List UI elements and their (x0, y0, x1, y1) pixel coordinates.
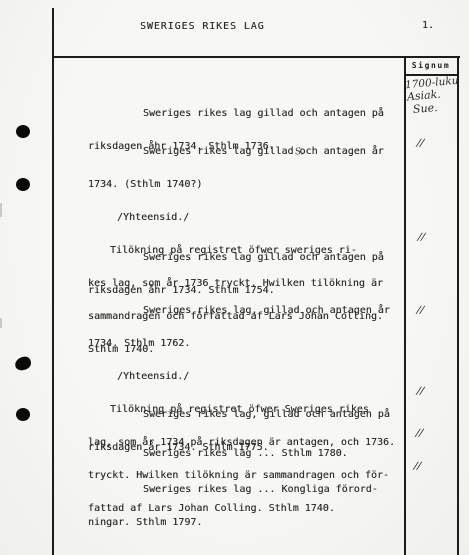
scan-edge-smudge (0, 203, 2, 217)
entry-line: 1734. Sthlm 1762. (88, 338, 418, 349)
entry-line: Sweriges rikes lag gillad och antagen år (88, 146, 418, 157)
entry-line: Sweriges rikes lag gillad och antagen på (88, 108, 418, 119)
ditto-mark: // (414, 428, 423, 439)
ditto-mark: // (416, 232, 425, 243)
ditto-mark: // (415, 386, 424, 397)
scan-edge-smudge (0, 318, 2, 328)
handwritten-correction: S, (295, 147, 305, 158)
punch-hole-dot (14, 355, 33, 371)
entry-line: Sweriges rikes lag, gillad och antagen p… (88, 409, 418, 420)
entry-line: Sweriges rikes lag gillad och antagen på (88, 252, 418, 263)
ditto-mark: // (412, 461, 421, 472)
punch-hole-dot (16, 125, 30, 138)
ditto-mark: // (415, 138, 424, 149)
punch-hole-dot (16, 408, 30, 421)
catalog-entry: Sweriges rikes lag ... Kongliga förord- … (88, 462, 418, 550)
signum-column-right-border (457, 56, 459, 555)
ditto-mark: // (415, 305, 424, 316)
left-margin-rule (52, 8, 54, 555)
entry-line: ningar. Sthlm 1797. (88, 517, 418, 528)
punch-hole-dot (16, 178, 30, 191)
entry-line: Sweriges rikes lag ... Sthlm 1780. (88, 448, 418, 459)
page-number: 1. (422, 20, 434, 31)
entry-line: /Yhteensid./ (88, 212, 418, 223)
entry-line: Sweriges rikes lag, gillad och antagen å… (88, 305, 418, 316)
page-title: SWERIGES RIKES LAG (140, 21, 265, 32)
entry-line: Sweriges rikes lag ... Kongliga förord- (88, 484, 418, 495)
entry-line: /Yhteensid./ (88, 371, 418, 382)
entry-line: 1734. (Sthlm 1740?) (88, 179, 418, 190)
scanned-catalog-page: SWERIGES RIKES LAG 1. Signum 1700-luku A… (0, 0, 469, 555)
header-rule (52, 56, 460, 58)
signum-column-header: Signum (404, 61, 458, 71)
